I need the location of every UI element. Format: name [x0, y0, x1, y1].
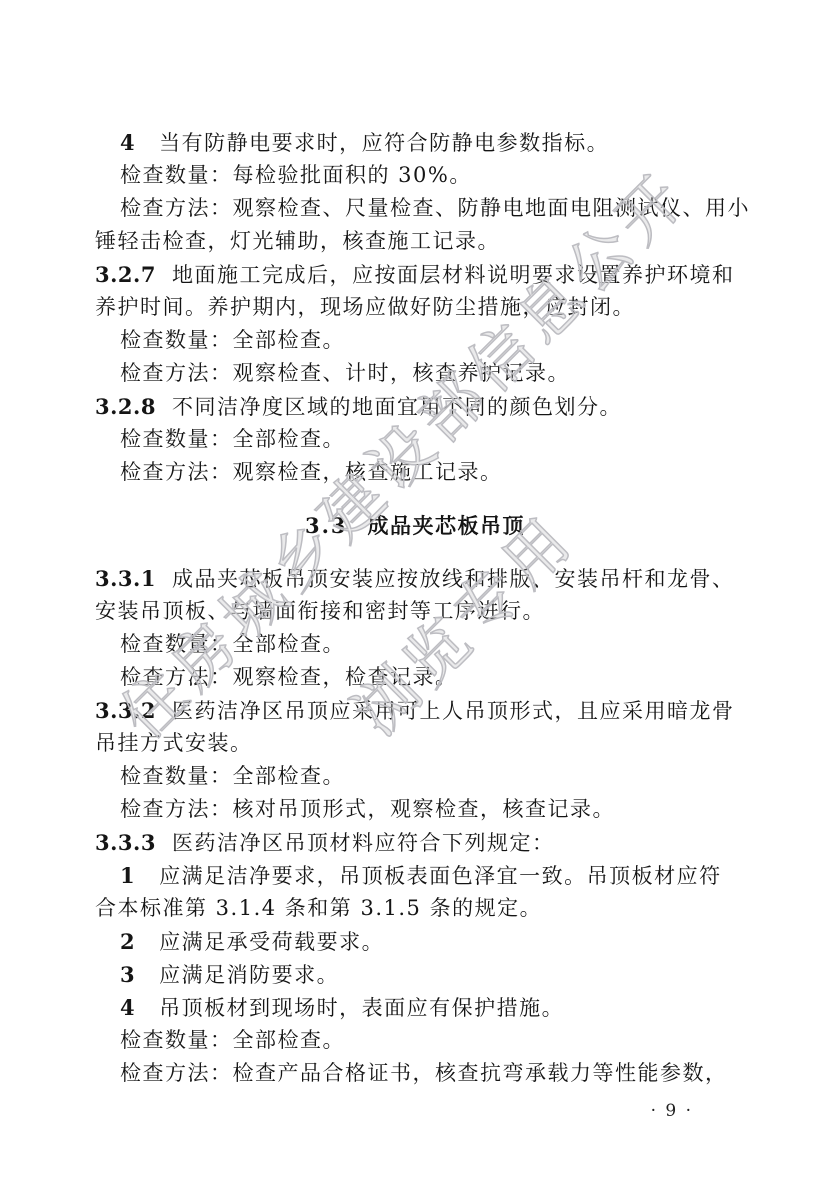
- clause-line: 3.2.7地面施工完成后，应按面层材料说明要求设置养护环境和: [95, 258, 735, 291]
- document-page: 4当有防静电要求时，应符合防静电参数指标。 检查数量：每检验批面积的 30%。 …: [0, 0, 827, 1200]
- check-line: 检查方法：观察检查，核查施工记录。: [95, 456, 735, 489]
- line-text: 应满足承受荷载要求。: [159, 930, 384, 954]
- line-text: 当有防静电要求时，应符合防静电参数指标。: [159, 131, 609, 155]
- item-line: 2应满足承受荷载要求。: [95, 925, 735, 958]
- clause-line: 3.3.2医药洁净区吊顶应采用可上人吊顶形式，且应采用暗龙骨: [95, 694, 735, 727]
- line-text: 锤轻击检查，灯光辅助，核查施工记录。: [95, 229, 500, 253]
- line-text: 合本标准第 3.1.4 条和第 3.1.5 条的规定。: [95, 896, 542, 920]
- check-line: 检查方法：观察检查、计时，核查养护记录。: [95, 357, 735, 390]
- line-text: 检查方法：核对吊顶形式，观察检查，核查记录。: [120, 797, 615, 821]
- page-number: · 9 ·: [95, 1098, 735, 1124]
- item-line: 1应满足洁净要求，吊顶板表面色泽宜一致。吊顶板材应符: [95, 859, 735, 892]
- item-line: 4当有防静电要求时，应符合防静电参数指标。: [95, 126, 735, 159]
- continuation-line: 锤轻击检查，灯光辅助，核查施工记录。: [95, 225, 735, 258]
- clause-number: 3.2.8: [95, 394, 156, 419]
- section-heading: 3.3成品夹芯板吊顶: [95, 509, 735, 542]
- line-text: 检查数量：全部检查。: [120, 1028, 345, 1052]
- clause-line: 3.3.1成品夹芯板吊顶安装应按放线和排版、安装吊杆和龙骨、: [95, 562, 735, 595]
- section-title: 成品夹芯板吊顶: [368, 513, 526, 538]
- line-text: 检查数量：全部检查。: [120, 328, 345, 352]
- item-number: 2: [120, 929, 135, 954]
- line-text: 检查数量：全部检查。: [120, 632, 345, 656]
- line-text: 检查数量：全部检查。: [120, 427, 345, 451]
- check-line: 检查数量：全部检查。: [95, 628, 735, 661]
- line-text: 检查方法：观察检查，核查施工记录。: [120, 460, 503, 484]
- clause-number: 3.2.7: [95, 262, 156, 287]
- check-line: 检查数量：全部检查。: [95, 760, 735, 793]
- item-number: 3: [120, 962, 135, 987]
- line-text: 吊顶板材到现场时，表面应有保护措施。: [159, 996, 564, 1020]
- line-text: 检查数量：每检验批面积的 30%。: [120, 163, 472, 187]
- check-line: 检查数量：全部检查。: [95, 1024, 735, 1057]
- line-text: 医药洁净区吊顶应采用可上人吊顶形式，且应采用暗龙骨: [172, 699, 735, 723]
- line-text: 地面施工完成后，应按面层材料说明要求设置养护环境和: [172, 263, 735, 287]
- line-text: 成品夹芯板吊顶安装应按放线和排版、安装吊杆和龙骨、: [172, 567, 735, 591]
- line-text: 检查方法：观察检查、计时，核查养护记录。: [120, 361, 570, 385]
- item-line: 4吊顶板材到现场时，表面应有保护措施。: [95, 991, 735, 1024]
- line-text: 吊挂方式安装。: [95, 731, 253, 755]
- line-text: 检查方法：观察检查，检查记录。: [120, 665, 458, 689]
- check-line: 检查数量：全部检查。: [95, 324, 735, 357]
- line-text: 医药洁净区吊顶材料应符合下列规定：: [172, 831, 555, 855]
- check-line: 检查方法：核对吊顶形式，观察检查，核查记录。: [95, 793, 735, 826]
- line-text: 检查方法：检查产品合格证书，核查抗弯承载力等性能参数，: [120, 1061, 728, 1085]
- clause-number: 3.3.3: [95, 830, 156, 855]
- item-number: 1: [120, 863, 135, 888]
- check-line: 检查数量：全部检查。: [95, 423, 735, 456]
- item-line: 3应满足消防要求。: [95, 958, 735, 991]
- item-number: 4: [120, 995, 135, 1020]
- line-text: 检查方法：观察检查、尺量检查、防静电地面电阻测试仪、用小: [120, 196, 750, 220]
- check-line: 检查数量：每检验批面积的 30%。: [95, 159, 735, 192]
- clause-line: 3.2.8不同洁净度区域的地面宜用不同的颜色划分。: [95, 390, 735, 423]
- line-text: 应满足消防要求。: [159, 963, 339, 987]
- line-text: 不同洁净度区域的地面宜用不同的颜色划分。: [172, 395, 622, 419]
- line-text: 应满足洁净要求，吊顶板表面色泽宜一致。吊顶板材应符: [159, 864, 722, 888]
- item-number: 4: [120, 130, 135, 155]
- clause-number: 3.3.2: [95, 698, 156, 723]
- continuation-line: 吊挂方式安装。: [95, 727, 735, 760]
- line-text: 检查数量：全部检查。: [120, 764, 345, 788]
- check-line: 检查方法：观察检查、尺量检查、防静电地面电阻测试仪、用小: [95, 192, 735, 225]
- check-line: 检查方法：检查产品合格证书，核查抗弯承载力等性能参数，: [95, 1057, 735, 1090]
- line-text: 养护时间。养护期内，现场应做好防尘措施，应封闭。: [95, 295, 635, 319]
- continuation-line: 安装吊顶板、与墙面衔接和密封等工序进行。: [95, 595, 735, 628]
- continuation-line: 养护时间。养护期内，现场应做好防尘措施，应封闭。: [95, 291, 735, 324]
- section-number: 3.3: [305, 513, 348, 538]
- continuation-line: 合本标准第 3.1.4 条和第 3.1.5 条的规定。: [95, 892, 735, 925]
- clause-number: 3.3.1: [95, 566, 156, 591]
- check-line: 检查方法：观察检查，检查记录。: [95, 661, 735, 694]
- line-text: 安装吊顶板、与墙面衔接和密封等工序进行。: [95, 599, 545, 623]
- clause-line: 3.3.3医药洁净区吊顶材料应符合下列规定：: [95, 826, 735, 859]
